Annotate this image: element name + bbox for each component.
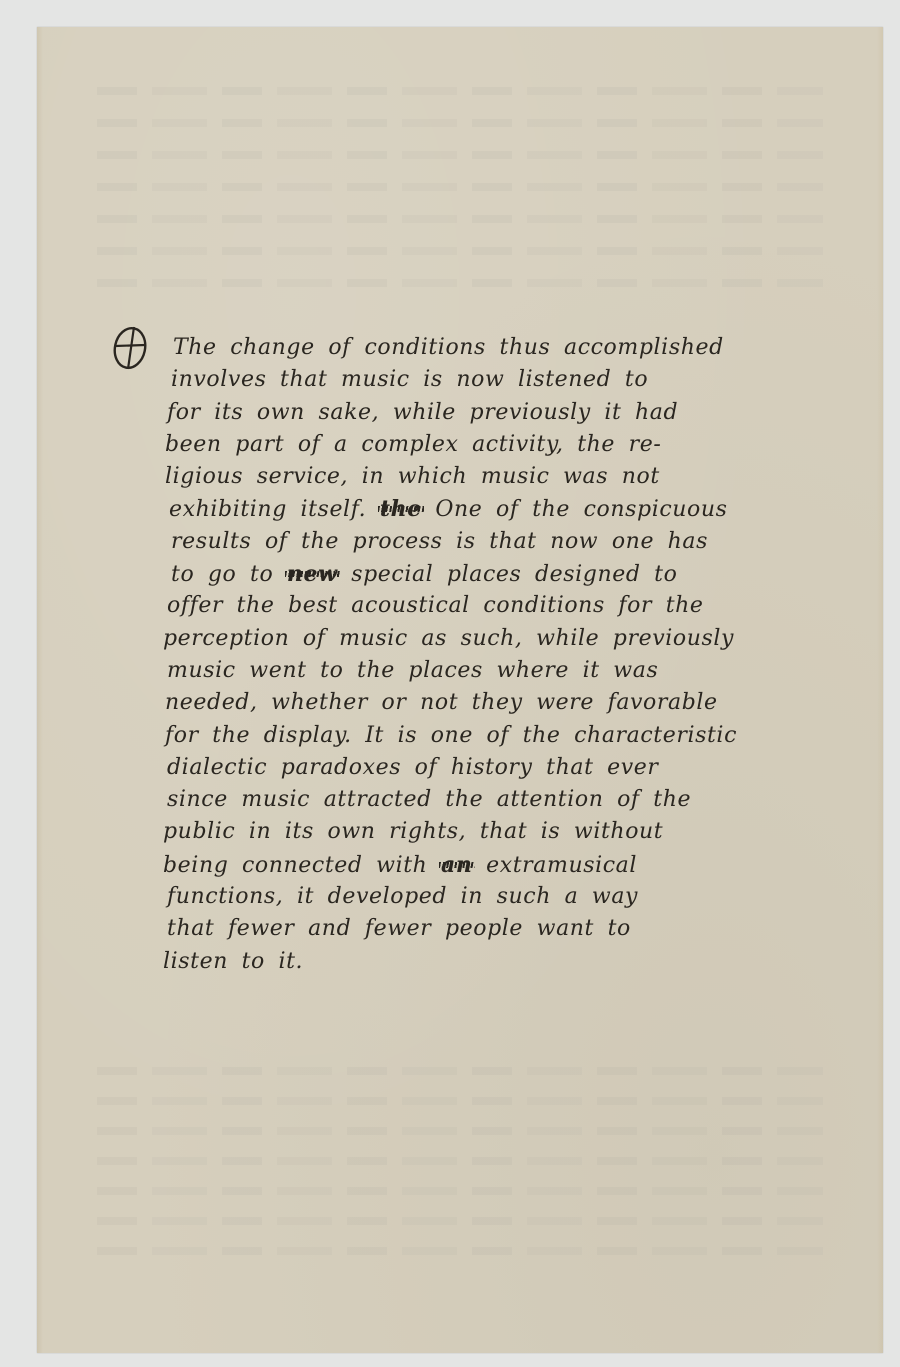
text-line: results of the process is that now one h… xyxy=(155,526,875,558)
bleed-through-text xyxy=(97,1217,823,1225)
circled-cross-marker-icon xyxy=(110,325,150,371)
text-line: needed, whether or not they were favorab… xyxy=(155,687,875,719)
text-line: perception of music as such, while previ… xyxy=(155,623,875,655)
text-segment: being connected with xyxy=(163,853,427,878)
text-line: since music attracted the attention of t… xyxy=(155,784,875,816)
bleed-through-text xyxy=(97,119,823,127)
struck-out-word: an xyxy=(441,849,472,881)
text-line: functions, it developed in such a way xyxy=(155,881,875,913)
bleed-through-text xyxy=(97,215,823,223)
text-segment: special places designed to xyxy=(351,562,677,587)
struck-out-word: the xyxy=(380,493,422,525)
bleed-through-text xyxy=(97,1127,823,1135)
bleed-through-text xyxy=(97,87,823,95)
text-line: ligious service, in which music was not xyxy=(155,461,875,493)
bleed-through-text xyxy=(97,1097,823,1105)
text-segment: exhibiting itself. xyxy=(169,497,366,522)
bleed-through-text xyxy=(97,1187,823,1195)
text-line: listen to it. xyxy=(155,946,875,978)
text-line: offer the best acoustical conditions for… xyxy=(155,590,875,622)
text-line: for the display. It is one of the charac… xyxy=(155,720,875,752)
bleed-through-text xyxy=(97,247,823,255)
text-line: involves that music is now listened to xyxy=(155,364,875,396)
text-line: been part of a complex activity, the re- xyxy=(155,429,875,461)
bleed-through-text xyxy=(97,183,823,191)
bleed-through-text xyxy=(97,279,823,287)
text-line: music went to the places where it was xyxy=(155,655,875,687)
text-line: dialectic paradoxes of history that ever xyxy=(155,752,875,784)
text-segment: to go to xyxy=(171,562,273,587)
manuscript-page: The change of conditions thus accomplish… xyxy=(37,27,883,1353)
text-line: that fewer and fewer people want to xyxy=(155,913,875,945)
text-segment: One of the conspicuous xyxy=(435,497,727,522)
bleed-through-text xyxy=(97,151,823,159)
bleed-through-text xyxy=(97,1067,823,1075)
text-line: for its own sake, while previously it ha… xyxy=(155,397,875,429)
struck-out-word: new xyxy=(287,558,338,590)
text-line: to go to new special places designed to xyxy=(155,558,875,590)
text-line: public in its own rights, that is withou… xyxy=(155,816,875,848)
text-line: The change of conditions thus accomplish… xyxy=(155,332,875,364)
text-line: being connected with an extramusical xyxy=(155,849,875,881)
text-line: exhibiting itself. the One of the conspi… xyxy=(155,493,875,525)
bleed-through-text xyxy=(97,1157,823,1165)
bleed-through-text xyxy=(97,1247,823,1255)
handwritten-paragraph: The change of conditions thus accomplish… xyxy=(155,332,875,978)
text-segment: extramusical xyxy=(486,853,637,878)
